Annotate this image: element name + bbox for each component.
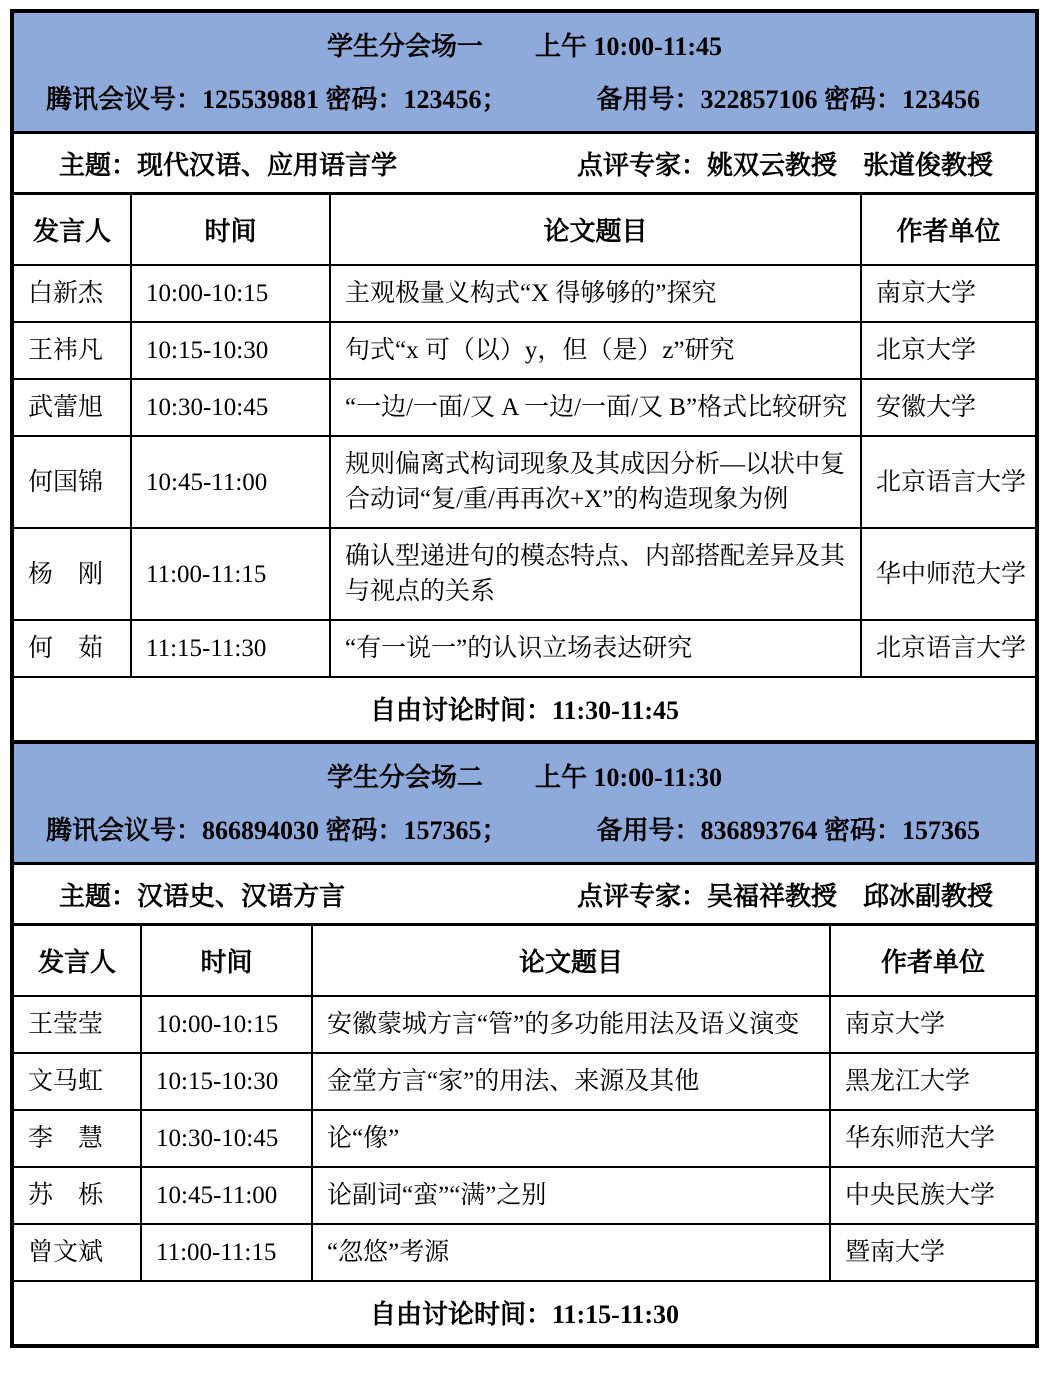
affiliation-cell: 北京语言大学 [861,620,1035,676]
column-header-paper: 论文题目 [312,926,830,996]
meeting-info: 腾讯会议号：125539881 密码：123456； 备用号：322857106… [14,79,1035,116]
topic-row: 主题：现代汉语、应用语言学 点评专家：姚双云教授 张道俊教授 [14,134,1035,195]
time-cell: 10:00-10:15 [141,996,312,1053]
affiliation-cell: 黑龙江大学 [830,1053,1035,1110]
affiliation-cell: 南京大学 [830,996,1035,1053]
speaker-cell: 李 慧 [14,1110,141,1167]
table-row: 杨 刚 11:00-11:15 确认型递进句的模态特点、内部搭配差异及其与视点的… [14,528,1035,620]
affiliation-cell: 暨南大学 [830,1224,1035,1280]
affiliation-cell: 华中师范大学 [861,528,1035,620]
affiliation-cell: 中央民族大学 [830,1167,1035,1224]
session-banner: 学生分会场二 上午 10:00-11:30 腾讯会议号：866894030 密码… [14,744,1035,865]
experts-label: 点评专家：姚双云教授 张道俊教授 [577,145,993,182]
topic-label: 主题：现代汉语、应用语言学 [59,145,397,182]
time-cell: 10:45-11:00 [141,1167,312,1224]
time-cell: 11:00-11:15 [141,1224,312,1280]
meeting-id-backup: 备用号：322857106 密码：123456 [596,79,980,116]
speaker-cell: 杨 刚 [14,528,131,620]
schedule-table: 发言人 时间 论文题目 作者单位 王莹莹 10:00-10:15 安徽蒙城方言“… [14,926,1035,1280]
paper-title-cell: 金堂方言“家”的用法、来源及其他 [312,1053,830,1110]
affiliation-cell: 北京语言大学 [861,436,1035,528]
meeting-id-primary: 腾讯会议号：125539881 密码：123456； [46,79,508,116]
table-row: 曾文斌 11:00-11:15 “忽悠”考源 暨南大学 [14,1224,1035,1280]
column-header-time: 时间 [141,926,312,996]
time-cell: 10:00-10:15 [131,265,330,322]
meeting-id-backup: 备用号：836893764 密码：157365 [596,810,980,847]
table-row: 白新杰 10:00-10:15 主观极量义构式“X 得够够的”探究 南京大学 [14,265,1035,322]
session-block-1: 学生分会场一 上午 10:00-11:45 腾讯会议号：125539881 密码… [10,9,1039,744]
discussion-row: 自由讨论时间：11:15-11:30 [14,1280,1035,1344]
topic-row: 主题：汉语史、汉语方言 点评专家：吴福祥教授 邱冰副教授 [14,865,1035,926]
speaker-cell: 何国锦 [14,436,131,528]
meeting-id-primary: 腾讯会议号：866894030 密码：157365； [46,810,508,847]
session-title: 学生分会场二 上午 10:00-11:30 [14,757,1035,794]
table-row: 李 慧 10:30-10:45 论“像” 华东师范大学 [14,1110,1035,1167]
experts-label: 点评专家：吴福祥教授 邱冰副教授 [577,876,993,913]
table-row: 王莹莹 10:00-10:15 安徽蒙城方言“管”的多功能用法及语义演变 南京大… [14,996,1035,1053]
affiliation-cell: 北京大学 [861,322,1035,379]
table-row: 王祎凡 10:15-10:30 句式“x 可（以）y，但（是）z”研究 北京大学 [14,322,1035,379]
paper-title-cell: “一边/一面/又 A 一边/一面/又 B”格式比较研究 [330,379,861,436]
time-cell: 10:30-10:45 [131,379,330,436]
paper-title-cell: “有一说一”的认识立场表达研究 [330,620,861,676]
speaker-cell: 武蕾旭 [14,379,131,436]
column-header-speaker: 发言人 [14,926,141,996]
table-row: 武蕾旭 10:30-10:45 “一边/一面/又 A 一边/一面/又 B”格式比… [14,379,1035,436]
paper-title-cell: 论副词“蛮”“满”之别 [312,1167,830,1224]
paper-title-cell: 主观极量义构式“X 得够够的”探究 [330,265,861,322]
paper-title-cell: 句式“x 可（以）y，但（是）z”研究 [330,322,861,379]
time-cell: 10:30-10:45 [141,1110,312,1167]
column-header-affiliation: 作者单位 [861,195,1035,265]
affiliation-cell: 南京大学 [861,265,1035,322]
speaker-cell: 文马虹 [14,1053,141,1110]
time-cell: 11:00-11:15 [131,528,330,620]
table-row: 何 茹 11:15-11:30 “有一说一”的认识立场表达研究 北京语言大学 [14,620,1035,676]
paper-title-cell: “忽悠”考源 [312,1224,830,1280]
schedule-table: 发言人 时间 论文题目 作者单位 白新杰 10:00-10:15 主观极量义构式… [14,195,1035,676]
time-cell: 11:15-11:30 [131,620,330,676]
discussion-row: 自由讨论时间：11:30-11:45 [14,676,1035,740]
topic-label: 主题：汉语史、汉语方言 [59,876,345,913]
speaker-cell: 王祎凡 [14,322,131,379]
time-cell: 10:15-10:30 [131,322,330,379]
speaker-cell: 苏 栎 [14,1167,141,1224]
column-header-time: 时间 [131,195,330,265]
time-cell: 10:15-10:30 [141,1053,312,1110]
paper-title-cell: 确认型递进句的模态特点、内部搭配差异及其与视点的关系 [330,528,861,620]
meeting-info: 腾讯会议号：866894030 密码：157365； 备用号：836893764… [14,810,1035,847]
speaker-cell: 曾文斌 [14,1224,141,1280]
paper-title-cell: 论“像” [312,1110,830,1167]
header-row: 发言人 时间 论文题目 作者单位 [14,195,1035,265]
session-block-2: 学生分会场二 上午 10:00-11:30 腾讯会议号：866894030 密码… [10,740,1039,1348]
column-header-paper: 论文题目 [330,195,861,265]
column-header-speaker: 发言人 [14,195,131,265]
paper-title-cell: 规则偏离式构词现象及其成因分析—以状中复合动词“复/重/再再次+X”的构造现象为… [330,436,861,528]
speaker-cell: 何 茹 [14,620,131,676]
speaker-cell: 王莹莹 [14,996,141,1053]
speaker-cell: 白新杰 [14,265,131,322]
session-banner: 学生分会场一 上午 10:00-11:45 腾讯会议号：125539881 密码… [14,13,1035,134]
affiliation-cell: 华东师范大学 [830,1110,1035,1167]
table-row: 何国锦 10:45-11:00 规则偏离式构词现象及其成因分析—以状中复合动词“… [14,436,1035,528]
table-row: 苏 栎 10:45-11:00 论副词“蛮”“满”之别 中央民族大学 [14,1167,1035,1224]
column-header-affiliation: 作者单位 [830,926,1035,996]
session-title: 学生分会场一 上午 10:00-11:45 [14,26,1035,63]
header-row: 发言人 时间 论文题目 作者单位 [14,926,1035,996]
paper-title-cell: 安徽蒙城方言“管”的多功能用法及语义演变 [312,996,830,1053]
table-row: 文马虹 10:15-10:30 金堂方言“家”的用法、来源及其他 黑龙江大学 [14,1053,1035,1110]
affiliation-cell: 安徽大学 [861,379,1035,436]
time-cell: 10:45-11:00 [131,436,330,528]
